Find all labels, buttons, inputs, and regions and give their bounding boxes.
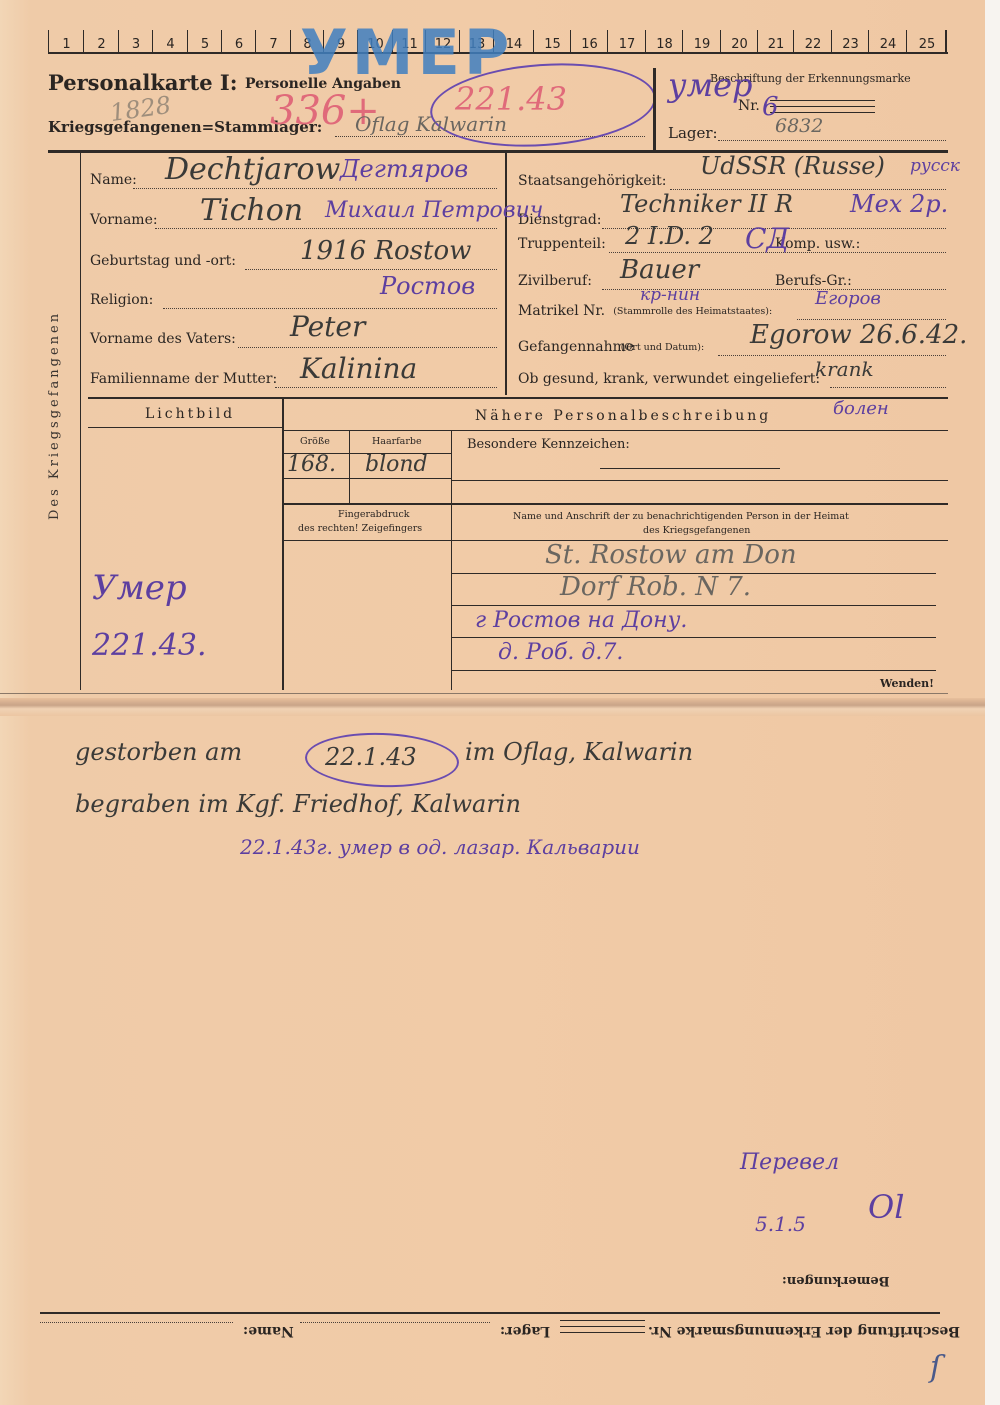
ruler-number: 5 bbox=[188, 37, 222, 52]
ruler-number: 25 bbox=[907, 37, 947, 52]
nationality-note: русск bbox=[910, 156, 960, 176]
ruler-cell: 25 bbox=[906, 30, 947, 52]
field-label: Familienname der Mutter: bbox=[90, 371, 277, 387]
corner-pen-mark: ſ bbox=[930, 1350, 941, 1385]
back-line-2: begraben im Kgf. Friedhof, Kalwarin bbox=[75, 790, 521, 818]
marks-line bbox=[600, 468, 780, 469]
ruler-cell: 21 bbox=[757, 30, 794, 52]
unit-value: 2 I.D. 2 bbox=[625, 222, 714, 250]
desc-top-rule bbox=[88, 397, 948, 399]
field-sublabel: (Ort und Datum): bbox=[621, 342, 704, 353]
ruler-cell: 3 bbox=[118, 30, 153, 52]
mother-value: Kalinina bbox=[300, 352, 417, 385]
capture-value: Egorow 26.6.42. bbox=[750, 320, 967, 350]
bottom-name-dotline-1 bbox=[40, 1322, 233, 1323]
turn-over-label: Wenden! bbox=[880, 677, 934, 690]
health-note: болен bbox=[833, 398, 889, 419]
field-label: Vorname: bbox=[90, 212, 158, 228]
ruler-number: 6 bbox=[222, 37, 256, 52]
unit-note: СД bbox=[745, 222, 789, 255]
field-dotline bbox=[245, 269, 497, 270]
ruler-number: 2 bbox=[84, 37, 119, 52]
nationality-value: UdSSR (Russe) bbox=[700, 152, 885, 180]
field-dotline bbox=[155, 228, 497, 229]
back-line-1-rest: im Oflag, Kalwarin bbox=[465, 738, 693, 766]
scan-edge bbox=[985, 0, 1000, 1405]
lager-dotline bbox=[718, 140, 946, 141]
card-bottom-rule bbox=[0, 693, 948, 694]
birth-value: 1916 Rostow bbox=[300, 236, 471, 266]
field-dotline bbox=[133, 188, 498, 189]
ruler-cell: 15 bbox=[533, 30, 571, 52]
photo-divider bbox=[282, 398, 284, 690]
size-rule-2 bbox=[284, 478, 451, 479]
ruler-number: 19 bbox=[683, 37, 721, 52]
contact-line-3: г Ростов на Дону. bbox=[475, 608, 687, 633]
lager-value: 6832 bbox=[775, 115, 823, 137]
desc-header-rule bbox=[284, 430, 948, 431]
desc-col-divider bbox=[451, 430, 452, 690]
ruler-number: 23 bbox=[832, 37, 869, 52]
side-divider bbox=[80, 150, 81, 690]
ruler-cell: 6 bbox=[221, 30, 256, 52]
tag-line-2 bbox=[770, 106, 875, 107]
rank-value: Techniker II R bbox=[620, 190, 793, 218]
field-label: Zivilberuf: bbox=[518, 273, 592, 289]
civil-job-note: кр-нин bbox=[640, 285, 700, 305]
ruler-number: 4 bbox=[153, 37, 188, 52]
contact-label-2: des Kriegsgefangenen bbox=[643, 525, 750, 536]
ruler-number: 16 bbox=[571, 37, 608, 52]
lager-label: Lager: bbox=[668, 124, 718, 142]
bottom-tag-label: Beschriftung der Erkennungsmarke Nr. bbox=[648, 1323, 960, 1339]
ruler-number: 1 bbox=[49, 37, 84, 52]
size-label: Größe bbox=[300, 436, 330, 447]
bottom-name-label: Name: bbox=[243, 1323, 294, 1339]
bottom-lager-label: Lager: bbox=[500, 1323, 550, 1339]
photo-label: Lichtbild bbox=[145, 406, 235, 422]
tag-purple-note: умер bbox=[668, 66, 753, 104]
bottom-tag-line-3 bbox=[560, 1332, 645, 1333]
field-label: Truppenteil: bbox=[518, 236, 606, 252]
field-dotline bbox=[718, 355, 946, 356]
header-divider bbox=[653, 68, 656, 150]
ruler-cell: 4 bbox=[152, 30, 188, 52]
photo-note-died: Умер bbox=[92, 568, 187, 608]
back-line-3: 22.1.43г. умер в од. лазар. Кальварии bbox=[240, 835, 640, 859]
ruler-cell: 19 bbox=[682, 30, 721, 52]
matrikel-note: Егоров bbox=[815, 288, 881, 309]
bottom-name-dotline-2 bbox=[300, 1322, 490, 1323]
bottom-rule bbox=[40, 1312, 940, 1314]
ruler-number: 20 bbox=[721, 37, 758, 52]
side-label: Des Kriegsgefangenen bbox=[47, 311, 62, 520]
fold-crease bbox=[0, 698, 985, 716]
center-divider bbox=[505, 150, 507, 395]
ruler-cell: 2 bbox=[83, 30, 119, 52]
ruler-number: 22 bbox=[794, 37, 832, 52]
field-dotline bbox=[163, 308, 498, 309]
birth-note: Ростов bbox=[380, 272, 475, 300]
bottom-tag-line-1 bbox=[560, 1320, 645, 1321]
photo-note-date: 221.43. bbox=[92, 628, 207, 663]
card-title: Personalkarte I: bbox=[48, 70, 238, 95]
marks-rule bbox=[451, 480, 948, 481]
ruler-number: 24 bbox=[869, 37, 907, 52]
contact-line-4: д. Роб. д.7. bbox=[498, 640, 623, 665]
ruler-cell: 20 bbox=[720, 30, 758, 52]
field-dotline bbox=[830, 387, 946, 388]
civil-job-value: Bauer bbox=[620, 255, 699, 285]
signature: Ol bbox=[868, 1188, 904, 1226]
ruler-cell: 24 bbox=[868, 30, 907, 52]
health-value: krank bbox=[815, 357, 874, 381]
contact-rule-3 bbox=[451, 637, 936, 638]
field-label: Name: bbox=[90, 172, 137, 188]
field-label: Geburtstag und -ort: bbox=[90, 253, 236, 269]
ruler-number: 15 bbox=[534, 37, 571, 52]
father-value: Peter bbox=[290, 310, 365, 343]
contact-rule-4 bbox=[451, 670, 936, 671]
tag-line-1 bbox=[770, 100, 875, 101]
ruler-number: 21 bbox=[758, 37, 794, 52]
vorname-note: Михаил Петрович bbox=[325, 198, 543, 223]
ruler-end bbox=[945, 30, 947, 52]
description-header: Nähere Personalbeschreibung bbox=[475, 408, 771, 424]
ruler-cell: 16 bbox=[570, 30, 608, 52]
fingerprint-top-rule bbox=[284, 503, 948, 505]
name-note: Дегтяров bbox=[340, 155, 468, 183]
camp-value: Oflag Kalwarin bbox=[355, 112, 507, 136]
vorname-value: Tichon bbox=[200, 193, 303, 228]
field-label: Religion: bbox=[90, 292, 153, 308]
name-value: Dechtjarow bbox=[165, 152, 340, 187]
contact-label-1: Name und Anschrift der zu benachrichtige… bbox=[513, 511, 849, 522]
translated-note: Перевел bbox=[740, 1150, 839, 1175]
ruler-cell: 5 bbox=[187, 30, 222, 52]
marks-label: Besondere Kennzeichen: bbox=[467, 437, 630, 452]
field-label: Matrikel Nr. bbox=[518, 303, 605, 319]
field-label: Ob gesund, krank, verwundet eingeliefert… bbox=[518, 371, 820, 387]
field-label-secondary: Berufs-Gr.: bbox=[775, 273, 852, 289]
ruler-cell: 7 bbox=[255, 30, 291, 52]
ruler-number: 18 bbox=[646, 37, 683, 52]
field-sublabel: (Stammrolle des Heimatstaates): bbox=[613, 306, 772, 317]
fingerprint-label-2: des rechten! Zeigefingers bbox=[298, 523, 422, 534]
photo-header-rule bbox=[88, 427, 282, 428]
field-dotline bbox=[238, 347, 498, 348]
ruler-number: 17 bbox=[608, 37, 646, 52]
fingerprint-label-1: Fingerabdruck bbox=[338, 509, 410, 520]
size-value: 168. bbox=[287, 452, 336, 477]
ruler-number: 7 bbox=[256, 37, 291, 52]
contact-rule-2 bbox=[451, 605, 936, 606]
field-dotline bbox=[275, 387, 497, 388]
ruler-number: 3 bbox=[119, 37, 153, 52]
ruler-cell: 17 bbox=[607, 30, 646, 52]
ruler-cell: 1 bbox=[48, 30, 84, 52]
field-label: Staatsangehörigkeit: bbox=[518, 173, 667, 189]
rank-note: Мех 2р. bbox=[850, 190, 948, 218]
ruler-cell: 23 bbox=[831, 30, 869, 52]
hair-label: Haarfarbe bbox=[372, 436, 422, 447]
ruler-cell: 22 bbox=[793, 30, 832, 52]
field-label: Gefangennahme bbox=[518, 339, 634, 355]
contact-line-2: Dorf Rob. N 7. bbox=[560, 572, 751, 602]
contact-line-1: St. Rostow am Don bbox=[545, 540, 797, 570]
field-label: Vorname des Vaters: bbox=[90, 331, 236, 347]
translator-number: 5.1.5 bbox=[755, 1212, 806, 1236]
ruler-cell: 18 bbox=[645, 30, 683, 52]
tag-line-3 bbox=[770, 112, 875, 113]
back-line-1-date: 22.1.43 bbox=[325, 743, 417, 771]
bottom-tag-line-2 bbox=[560, 1326, 645, 1327]
hair-value: blond bbox=[365, 452, 428, 477]
remarks-label: Bemerkungen: bbox=[782, 1273, 890, 1288]
back-line-1: gestorben am bbox=[75, 738, 242, 766]
size-hair-divider bbox=[349, 430, 350, 503]
